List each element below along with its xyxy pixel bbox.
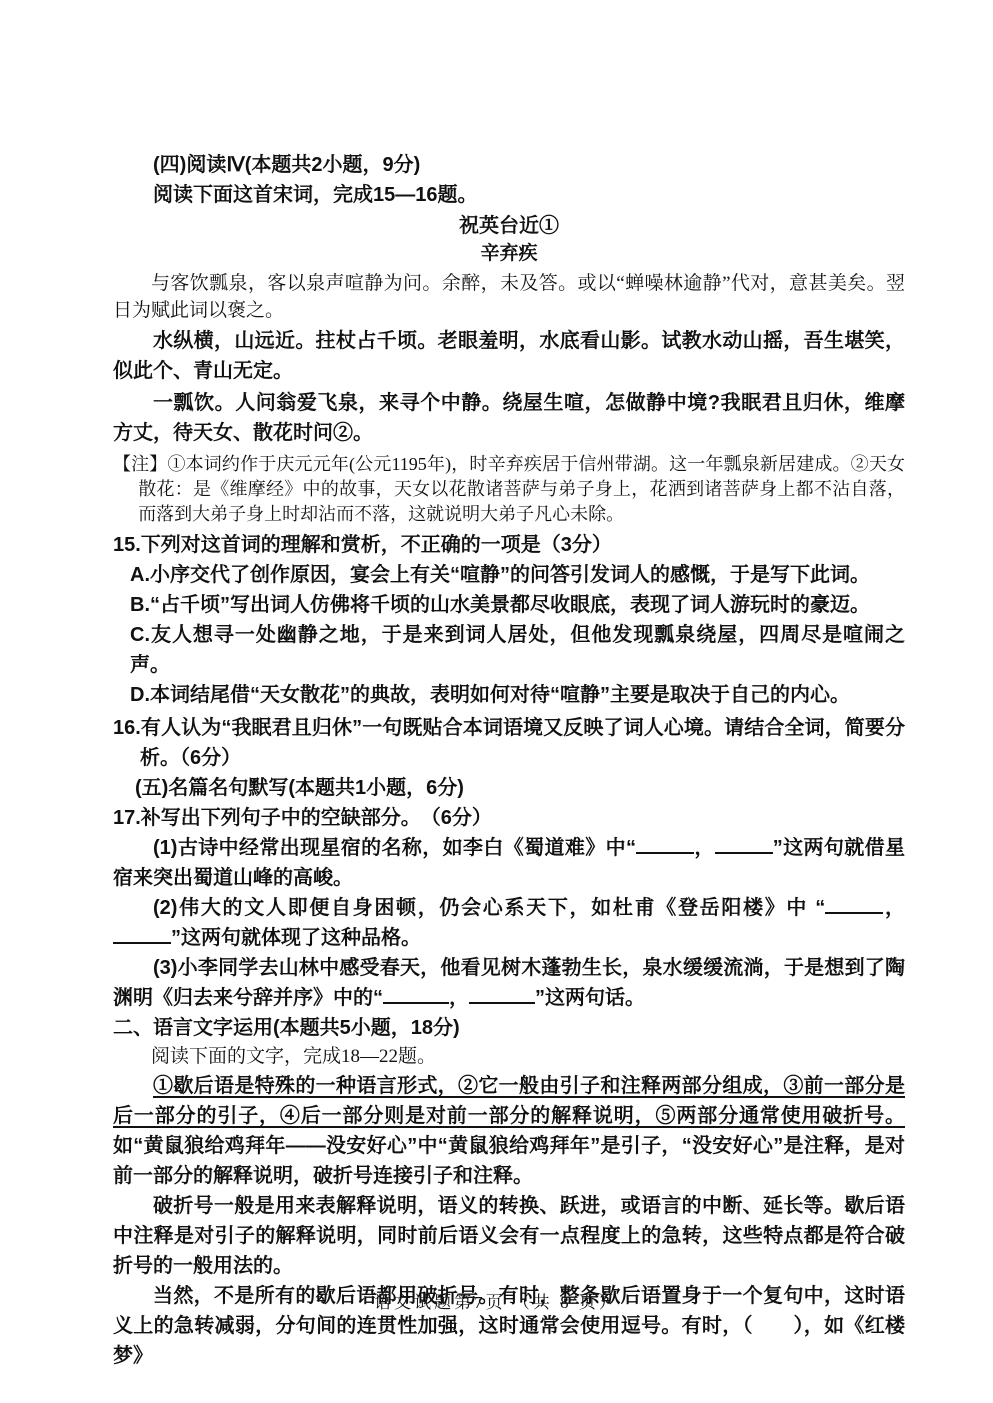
question-17-item-3: (3)小李同学去山林中感受春天，他看见树木蓬勃生长，泉水缓缓流淌，于是想到了陶渊…	[113, 953, 905, 1013]
xiehouyu-paragraph-2: 破折号一般是用来表解释说明，语义的转换、跃进，或语言的中断、延长等。歇后语中注释…	[113, 1191, 905, 1281]
poem-stanza-1: 水纵横，山远近。拄杖占千顷。老眼羞明，水底看山影。试教水动山摇，吾生堪笑，似此个…	[113, 326, 905, 386]
page-content: (四)阅读Ⅳ(本题共2小题，9分) 阅读下面这首宋词，完成15—16题。 祝英台…	[113, 150, 905, 1371]
page-footer: 语文试题第7页 （共 8 页）	[0, 1288, 993, 1313]
question-15-stem: 15.下列对这首词的理解和赏析，不正确的一项是（3分）	[113, 530, 905, 560]
reading4-heading: (四)阅读Ⅳ(本题共2小题，9分)	[113, 150, 905, 180]
section2-heading: 二、语言文字运用(本题共5小题，18分)	[113, 1013, 905, 1043]
reading5-heading: (五)名篇名句默写(本题共1小题，6分)	[113, 773, 905, 803]
question-15-option-c: C.友人想寻一处幽静之地，于是来到词人居处，但他发现瓢泉绕屋，四周尽是喧闹之声。	[113, 620, 905, 680]
poem-title: 祝英台近①	[113, 212, 905, 240]
poem-preface: 与客饮瓢泉，客以泉声喧静为问。余醉，未及答。或以“蝉噪林逾静”代对，意甚美矣。翌…	[113, 270, 905, 324]
q17-item2-post: ”这两句就体现了这种品格。	[171, 927, 421, 949]
answer-blank	[715, 835, 773, 854]
paragraph-1-rest: 如“黄鼠狼给鸡拜年——没安好心”中“黄鼠狼给鸡拜年”是引子，“没安好心”是注释，…	[113, 1135, 905, 1187]
poem-note: 【注】①本词约作于庆元元年(公元1195年)，时辛弃疾居于信州带湖。这一年瓢泉新…	[113, 452, 905, 527]
q17-item1-sep: ，	[694, 837, 715, 859]
xiehouyu-paragraph-1: ①歇后语是特殊的一种语言形式，②它一般由引子和注释两部分组成，③前一部分是后一部…	[113, 1071, 905, 1191]
question-17-item-2: (2)伟大的文人即便自身困顿，仍会心系天下，如杜甫《登岳阳楼》中 “，”这两句就…	[113, 893, 905, 953]
question-17-item-1: (1)古诗中经常出现星宿的名称，如李白《蜀道难》中“，”这两句就借星宿来突出蜀道…	[113, 833, 905, 893]
q17-item3-sep: ，	[449, 987, 469, 1009]
question-17-stem: 17.补写出下列句子中的空缺部分。 （6分）	[113, 803, 905, 833]
question-15-option-a: A.小序交代了创作原因，宴会上有关“喧静”的问答引发词人的感慨，于是写下此词。	[113, 560, 905, 590]
q17-item1-pre: (1)古诗中经常出现星宿的名称，如李白《蜀道难》中“	[153, 837, 636, 859]
section2-intro: 阅读下面的文字，完成18—22题。	[113, 1043, 905, 1071]
answer-blank	[383, 985, 449, 1004]
poem-author: 辛弃疾	[113, 240, 905, 268]
exam-page: (四)阅读Ⅳ(本题共2小题，9分) 阅读下面这首宋词，完成15—16题。 祝英台…	[0, 0, 993, 1403]
answer-blank	[825, 895, 883, 914]
q17-item2-pre: (2)伟大的文人即便自身困顿，仍会心系天下，如杜甫《登岳阳楼》中 “	[153, 897, 825, 919]
answer-blank	[636, 835, 694, 854]
reading4-intro: 阅读下面这首宋词，完成15—16题。	[113, 180, 905, 210]
question-15-option-d: D.本词结尾借“天女散花”的典故，表明如何对待“喧静”主要是取决于自己的内心。	[113, 680, 905, 710]
question-16-stem: 16.有人认为“我眠君且归休”一句既贴合本词语境又反映了词人心境。请结合全词，简…	[113, 713, 905, 773]
answer-blank	[469, 985, 535, 1004]
answer-blank	[113, 925, 171, 944]
question-15-option-b: B.“占千顷”写出词人仿佛将千顷的山水美景都尽收眼底，表现了词人游玩时的豪迈。	[113, 590, 905, 620]
poem-stanza-2: 一瓢饮。人问翁爱飞泉，来寻个中静。绕屋生喧，怎做静中境?我眠君且归休，维摩方丈，…	[113, 388, 905, 448]
underlined-sentences: ①歇后语是特殊的一种语言形式，②它一般由引子和注释两部分组成，③前一部分是后一部…	[113, 1075, 905, 1127]
q17-item3-post: ”这两句话。	[535, 987, 645, 1009]
q17-item2-sep: ，	[883, 897, 905, 919]
